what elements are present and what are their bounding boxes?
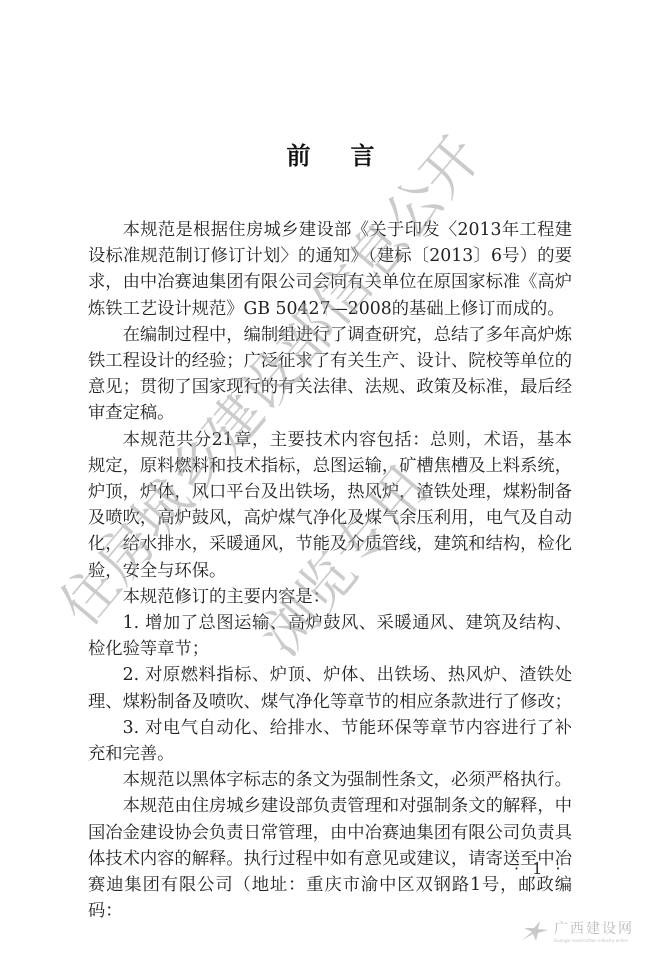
paragraph: 本规范以黑体字标志的条文为强制性条文，必须严格执行。 [88,767,572,793]
paragraph: 本规范由住房城乡建设部负责管理和对强制条文的解释，中国冶金建设协会负责日常管理，… [88,793,572,924]
logo-subtitle: Guangxi construction industry online [554,938,634,943]
list-item: 2. 对原燃料指标、炉顶、炉体、出铁场、热风炉、渣铁处理、煤粉制备及喷吹、煤气净… [88,662,572,714]
star-logo-icon [520,920,550,942]
page-number: · 1 · [514,859,565,878]
paragraph: 本规范共分21章，主要技术内容包括：总则，术语，基本规定，原料燃料和技术指标，总… [88,427,572,584]
document-body: 本规范是根据住房城乡建设部《关于印发〈2013年工程建设标准规范制订修订计划〉的… [88,217,572,924]
paragraph: 本规范是根据住房城乡建设部《关于印发〈2013年工程建设标准规范制订修订计划〉的… [88,217,572,322]
document-page: 前言 本规范是根据住房城乡建设部《关于印发〈2013年工程建设标准规范制订修订计… [0,0,661,958]
page-title: 前言 [0,136,661,171]
site-logo: 广西建设网 Guangxi construction industry onli… [520,918,634,943]
logo-name: 广西建设网 [554,918,634,938]
paragraph: 在编制过程中，编制组进行了调查研究，总结了多年高炉炼铁工程设计的经验；广泛征求了… [88,322,572,427]
list-item: 3. 对电气自动化、给排水、节能环保等章节内容进行了补充和完善。 [88,715,572,767]
paragraph: 本规范修订的主要内容是： [88,584,572,610]
list-item: 1. 增加了总图运输、高炉鼓风、采暖通风、建筑及结构、检化验等章节； [88,610,572,662]
